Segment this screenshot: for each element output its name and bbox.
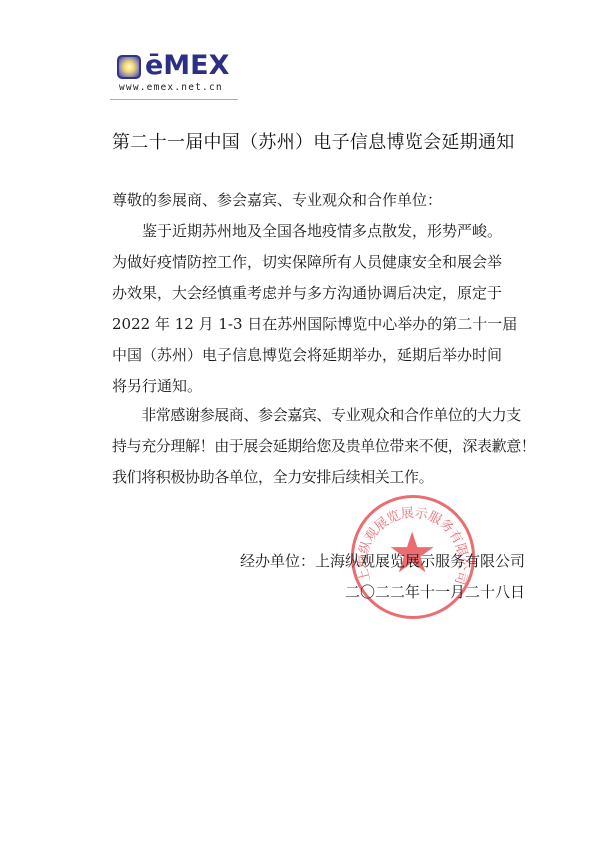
notice-date: 二〇二二年十一月二十八日	[345, 581, 525, 602]
paragraph-2-line: 持与充分理解！由于展会延期给您及贵单位带来不便，深表歉意！	[112, 431, 542, 462]
paragraph-1-line: 鉴于近期苏州地及全国各地疫情多点散发，形势严峻。	[112, 216, 542, 247]
salutation: 尊敬的参展商、参会嘉宾、专业观众和合作单位：	[112, 185, 542, 216]
emex-logo: ēMEX www.emex.net.cn	[117, 52, 247, 97]
paragraph-1-line: 为做好疫情防控工作，切实保障所有人员健康安全和展会举	[112, 247, 542, 278]
notice-title: 第二十一届中国（苏州）电子信息博览会延期通知	[112, 128, 515, 154]
paragraph-1: 鉴于近期苏州地及全国各地疫情多点散发，形势严峻。 为做好疫情防控工作，切实保障所…	[112, 216, 542, 402]
logo-underline	[110, 99, 238, 100]
logo-square-icon	[117, 55, 141, 79]
paragraph-2-line: 非常感谢参展商、参会嘉宾、专业观众和合作单位的大力支	[112, 400, 542, 431]
organizer-unit: 经办单位：上海纵观展览展示服务有限公司	[240, 550, 525, 571]
paragraph-1-line: 将另行通知。	[112, 371, 542, 402]
paragraph-2: 非常感谢参展商、参会嘉宾、专业观众和合作单位的大力支 持与充分理解！由于展会延期…	[112, 400, 542, 493]
paragraph-1-line: 2022 年 12 月 1-3 日在苏州国际博览中心举办的第二十一届	[112, 309, 542, 340]
paragraph-2-line: 我们将积极协助各单位，全力安排后续相关工作。	[112, 462, 542, 493]
paragraph-1-line: 办效果，大会经慎重考虑并与多方沟通协调后决定，原定于	[112, 278, 542, 309]
paragraph-1-line: 中国（苏州）电子信息博览会将延期举办，延期后举办时间	[112, 340, 542, 371]
logo-url: www.emex.net.cn	[119, 82, 223, 93]
logo-brand: ēMEX	[145, 50, 229, 81]
